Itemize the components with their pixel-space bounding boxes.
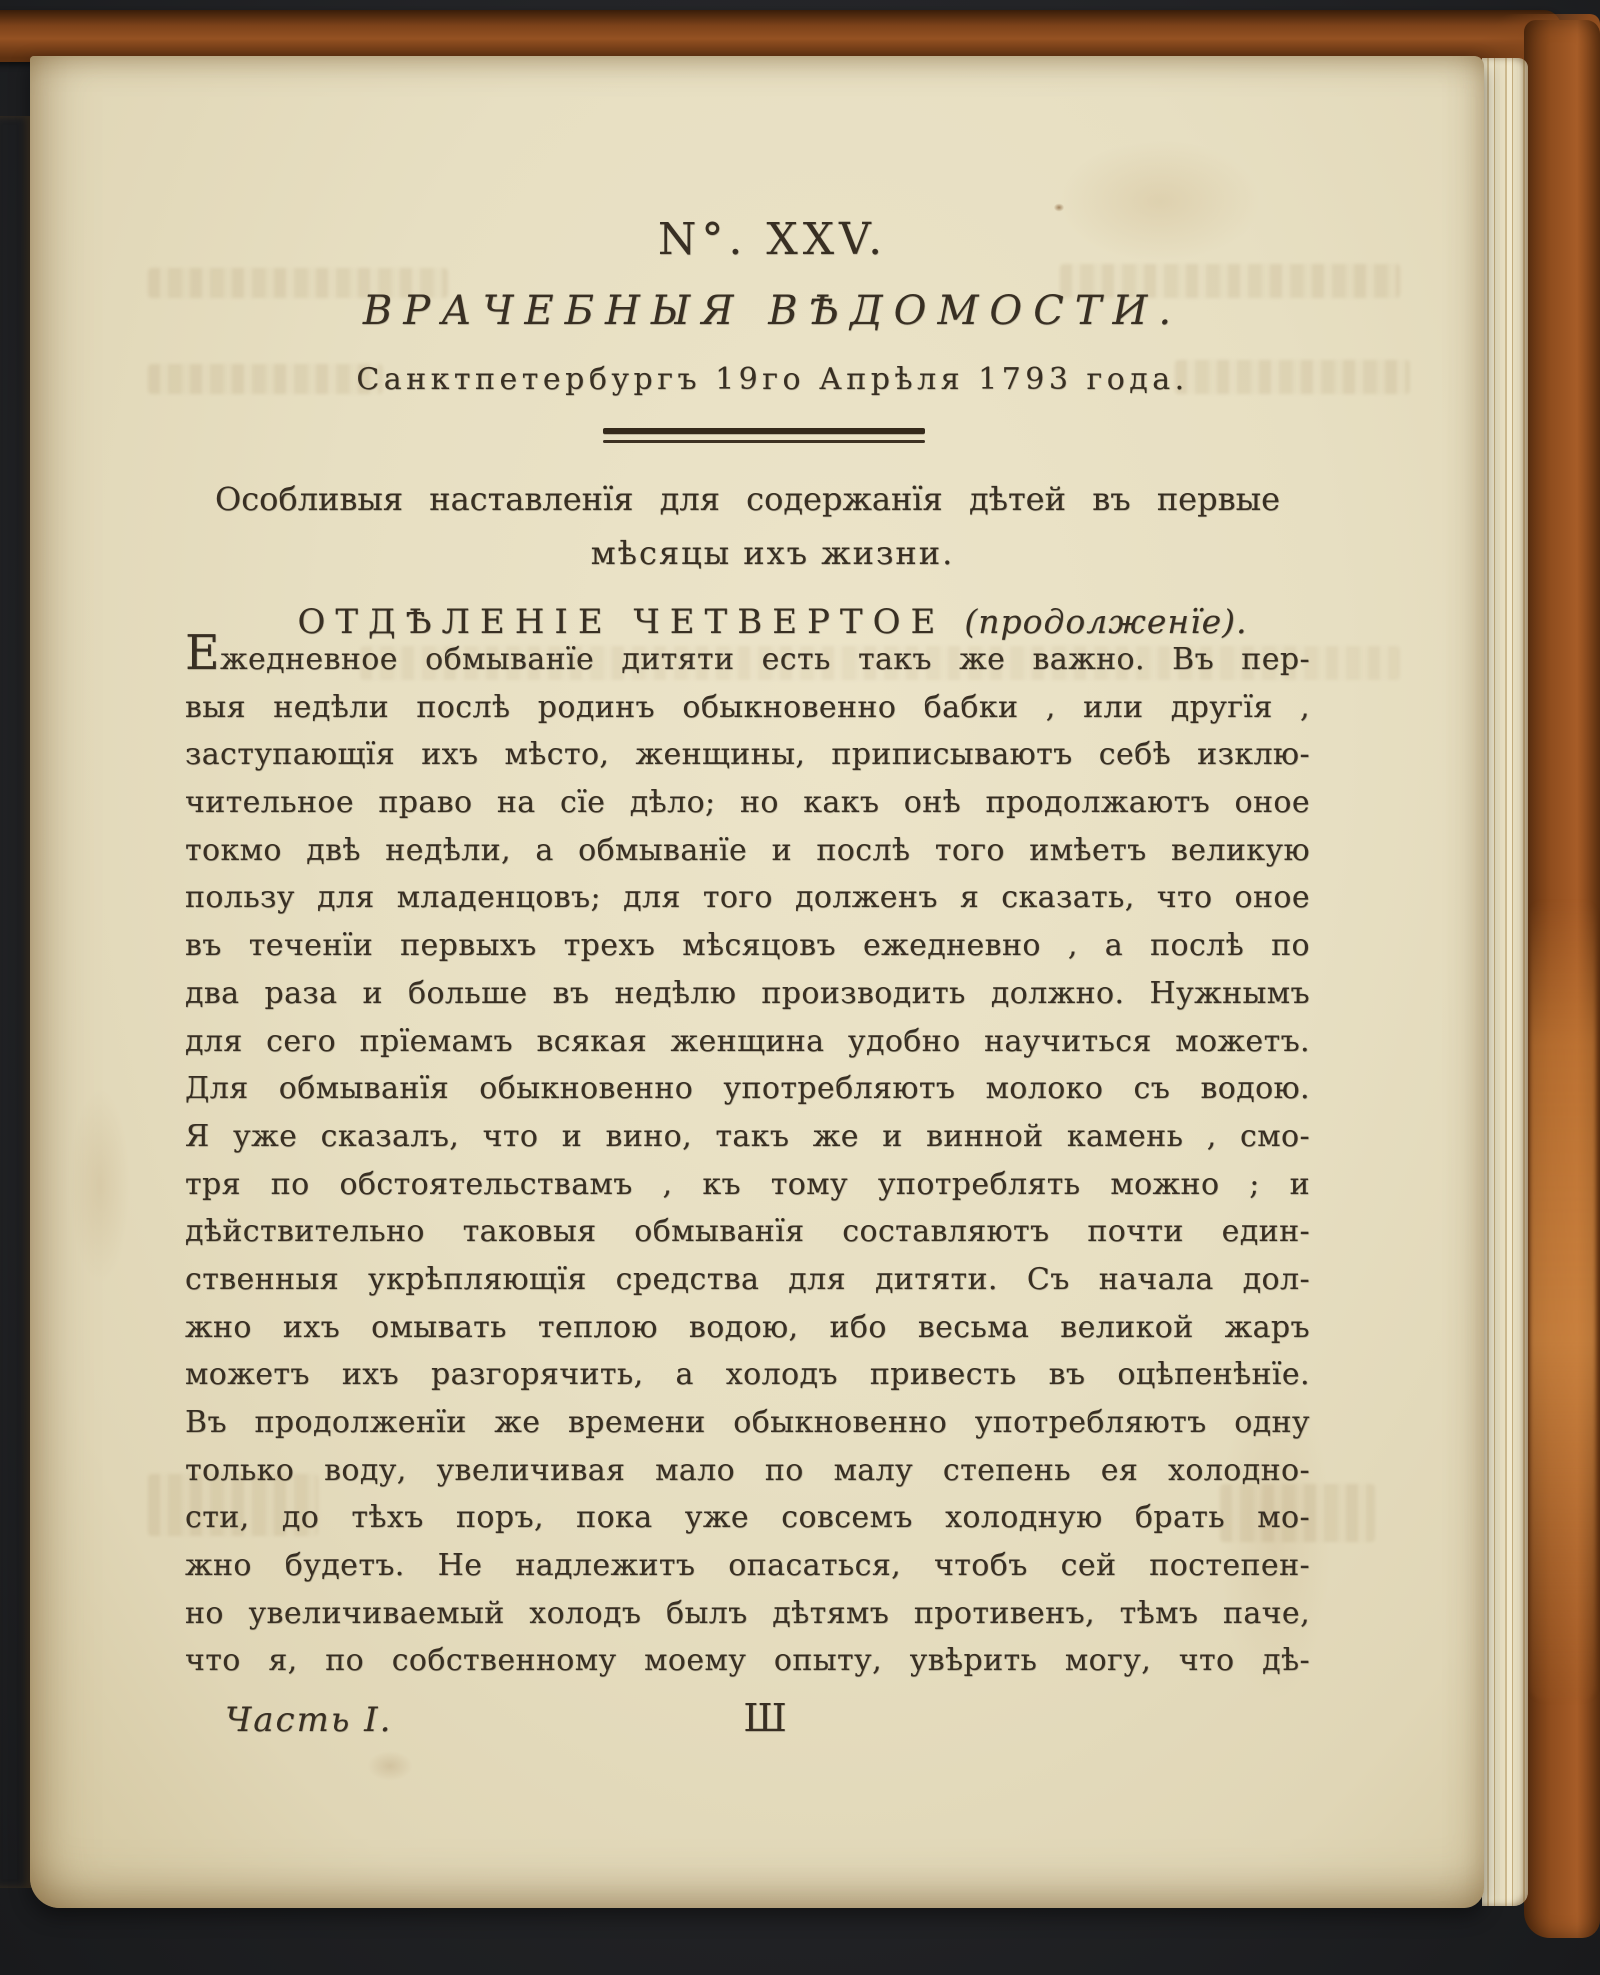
body-line: Ежедневное обмыванїе дитяти есть такъ же… [185, 636, 1310, 684]
previous-page-sliver [0, 116, 32, 1888]
body-line: ственныя укрѣпляющїя средства для дитяти… [185, 1256, 1310, 1304]
signature-mark: Ш [730, 1696, 800, 1740]
article-heading-line2: мѣсяцы ихъ жизни. [185, 534, 1335, 572]
body-line: чительное право на сїе дѣло; но какъ онѣ… [185, 779, 1310, 827]
issue-number: N°. XXV. [185, 214, 1335, 265]
page-edges-right [1482, 58, 1528, 1906]
dateline: Санктпетербургъ 19го Апрѣля 1793 года. [185, 362, 1335, 397]
body-line: заступающїя ихъ мѣсто, женщины, приписыв… [185, 731, 1310, 779]
paper-speck [1052, 202, 1066, 213]
body-line: выя недѣли послѣ родинъ обыкновенно бабк… [185, 684, 1310, 732]
body-line: можетъ ихъ разгорячить, а холодъ привест… [185, 1351, 1310, 1399]
body-text: Ежедневное обмыванїе дитяти есть такъ же… [185, 636, 1310, 1685]
body-line: для сего прїемамъ всякая женщина удобно … [185, 1018, 1310, 1066]
book-photo: N°. XXV. ВРАЧЕБНЫЯ ВѢДОМОСТИ. Санктпетер… [0, 0, 1600, 1975]
body-line: два раза и больше въ недѣлю производить … [185, 970, 1310, 1018]
article-heading-line1: Особливыя наставленїя для содержанїя дѣт… [215, 480, 1280, 518]
body-line: дѣйствительно таковыя обмыванїя составля… [185, 1208, 1310, 1256]
body-line: токмо двѣ недѣли, а обмыванїе и послѣ то… [185, 827, 1310, 875]
body-line: Для обмыванїя обыкновенно употребляютъ м… [185, 1065, 1310, 1113]
body-line: жно будетъ. Не надлежитъ опасаться, чтоб… [185, 1542, 1310, 1590]
body-line: но увеличиваемый холодъ былъ дѣтямъ прот… [185, 1590, 1310, 1638]
rule-thin-line [603, 440, 925, 443]
part-label: Часть I. [225, 1700, 392, 1740]
book-cover-right-edge [1524, 20, 1600, 1938]
body-line: въ теченїи первыхъ трехъ мѣсяцовъ ежедне… [185, 922, 1310, 970]
body-line: Я уже сказалъ, что и вино, такъ же и вин… [185, 1113, 1310, 1161]
body-line: жно ихъ омывать теплою водою, ибо весьма… [185, 1304, 1310, 1352]
body-line: Въ продолженїи же времени обыкновенно уп… [185, 1399, 1310, 1447]
masthead-title: ВРАЧЕБНЫЯ ВѢДОМОСТИ. [185, 288, 1335, 334]
paper-stain [360, 1746, 420, 1786]
paper-stain [60, 1056, 140, 1316]
body-line: пользу для младенцовъ; для того долженъ … [185, 874, 1310, 922]
body-line: только воду, увеличивая мало по малу сте… [185, 1447, 1310, 1495]
body-line: что я, по собственному моему опыту, увѣр… [185, 1637, 1310, 1685]
rule-thick-line [603, 428, 925, 434]
double-rule [603, 428, 925, 443]
book-page: N°. XXV. ВРАЧЕБНЫЯ ВѢДОМОСТИ. Санктпетер… [30, 56, 1484, 1908]
body-line: сти, до тѣхъ поръ, пока уже совсемъ холо… [185, 1494, 1310, 1542]
body-line: тря по обстоятельствамъ , къ тому употре… [185, 1161, 1310, 1209]
